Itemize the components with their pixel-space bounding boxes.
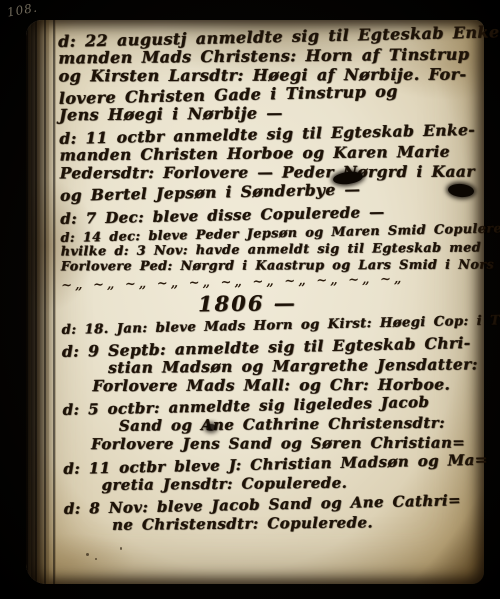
register-entry: d: 9 Septb: anmeldte sig til Egteskab Ch… <box>62 335 465 397</box>
register-entry: d: 11 octbr bleve J: Christian Madsøn og… <box>63 453 465 496</box>
entry-line: stian Madsøn og Margrethe Jensdatter: <box>108 355 464 377</box>
register-section: 1806 —d: 18. Jan: bleve Mads Horn og Kir… <box>61 289 466 536</box>
page-number: 108. <box>6 0 39 19</box>
foxing-speck <box>95 558 97 560</box>
register-entry: d: 8 Nov: bleve Jacob Sand og Ane Cathri… <box>64 493 466 536</box>
entry-line: Forlovere Jens Sand og Søren Christian= <box>91 434 465 455</box>
ink-blot <box>206 424 216 431</box>
register-entry: d: 14 dec: bleve Peder Jepsøn og Maren S… <box>60 224 463 277</box>
manuscript-scan: 108. d: 22 augustj anmeldte sig til Egte… <box>0 0 500 599</box>
handwritten-text-block: d: 22 augustj anmeldte sig til Egteskab … <box>58 25 466 536</box>
foxing-speck <box>86 553 89 556</box>
register-entry: d: 11 octbr anmeldte sig til Egteskab En… <box>59 122 462 203</box>
year-heading: 1806 — <box>61 289 433 318</box>
foxing-speck <box>120 547 122 550</box>
book-spine-shadow <box>26 20 56 584</box>
register-entry: d: 22 augustj anmeldte sig til Egteskab … <box>58 25 461 125</box>
entry-line: Forlovere Mads Mall: og Chr: Horboe. <box>92 375 464 396</box>
entry-line: Sand og Ane Cathrine Christensdtr: <box>119 414 465 436</box>
entry-line: ne Christensdtr: Copulerede. <box>112 513 466 535</box>
register-entry: d: 5 octbr: anmeldte sig ligeledes Jacob… <box>63 394 466 456</box>
register-section: d: 22 augustj anmeldte sig til Egteskab … <box>58 25 463 293</box>
